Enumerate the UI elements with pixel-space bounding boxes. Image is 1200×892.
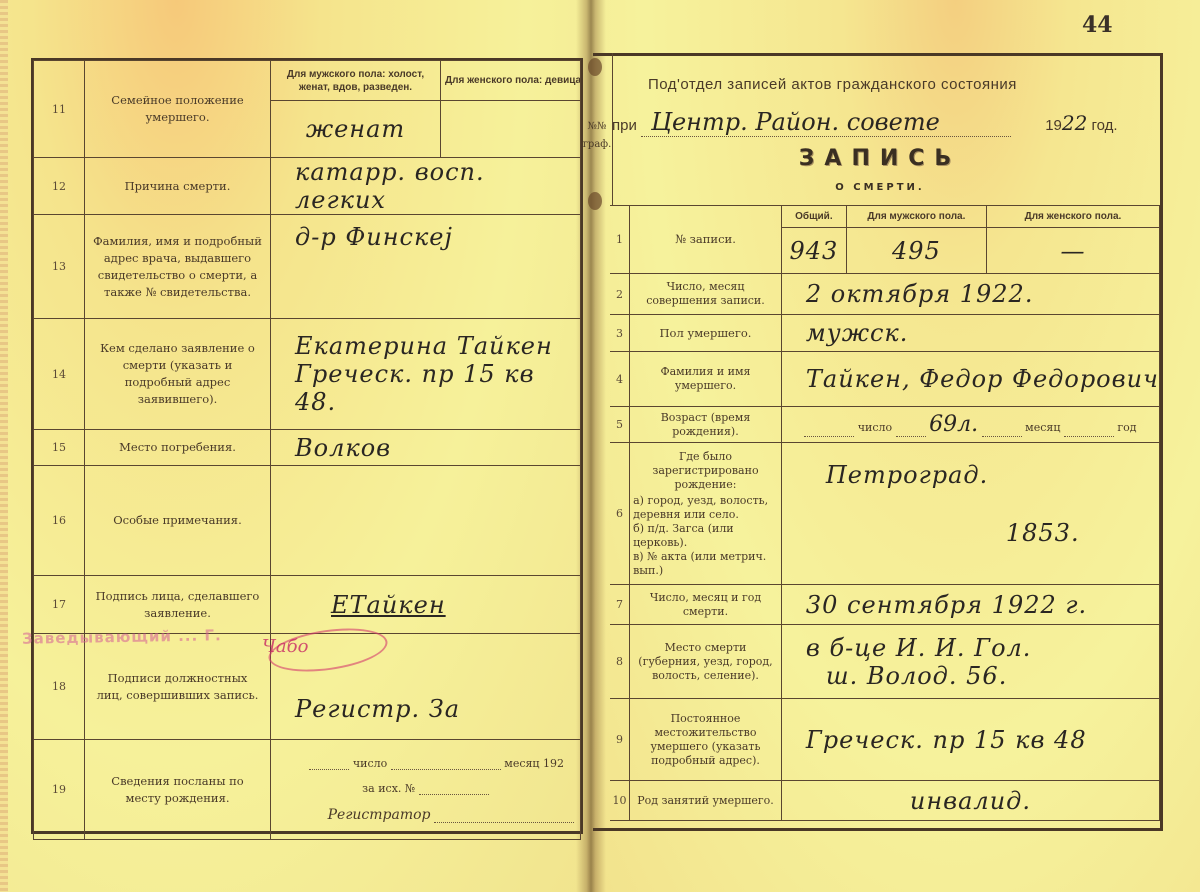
marital-status-female-value bbox=[441, 101, 581, 158]
field-label: № записи. bbox=[630, 206, 782, 274]
row-number: 1 bbox=[610, 206, 630, 274]
birth-year: 1853. bbox=[806, 519, 1159, 547]
row-number: 5 bbox=[610, 407, 630, 443]
field-label: Фамилия и имя умершего. bbox=[630, 352, 782, 407]
male-header: Для мужского пола. bbox=[846, 206, 986, 228]
age-month-label: месяц bbox=[1025, 421, 1060, 434]
field-label: Кем сделано заявление о смерти (указать … bbox=[85, 319, 271, 430]
field-label: Место погребения. bbox=[85, 430, 271, 466]
deceased-name-value: Тайкен, Федор Федорович bbox=[781, 352, 1159, 407]
record-date-value: 2 октября 1922. bbox=[781, 274, 1159, 315]
record-subtitle: О СМЕРТИ. bbox=[600, 182, 1160, 193]
at-label: при bbox=[612, 117, 637, 134]
row-number: 6 bbox=[610, 443, 630, 585]
sex-value: мужск. bbox=[781, 315, 1159, 352]
registrar-label: Регистратор bbox=[328, 807, 431, 823]
field-label: Особые примечания. bbox=[85, 466, 271, 576]
occupation-value: инвалид. bbox=[781, 781, 1159, 821]
year-suffix: год. bbox=[1092, 117, 1118, 134]
male-status-header: Для мужского пола: холост, женат, вдов, … bbox=[271, 61, 441, 101]
doctor-value: д-р Финскеj bbox=[271, 215, 581, 319]
row-number: 2 bbox=[610, 274, 630, 315]
female-status-header: Для женского пола: девица, замужем, вдов… bbox=[441, 61, 581, 101]
field-label: Пол умершего. bbox=[630, 315, 782, 352]
birth-city: Петроград. bbox=[806, 461, 1159, 489]
registry-office-value: Центр. Район. совете bbox=[641, 108, 1011, 137]
field-label: Семейное положение умершего. bbox=[85, 61, 271, 158]
row-number: 14 bbox=[34, 319, 85, 430]
row-number: 12 bbox=[34, 158, 85, 215]
row-number: 9 bbox=[610, 699, 630, 781]
age-year-label: год bbox=[1117, 421, 1136, 434]
row-number: 16 bbox=[34, 466, 85, 576]
year-value: 22 bbox=[1062, 111, 1087, 135]
total-header: Общий. bbox=[781, 206, 846, 228]
record-title: ЗАПИСЬ bbox=[600, 146, 1160, 171]
cause-of-death-value: катарр. восп. легких bbox=[271, 158, 581, 215]
field-label: Фамилия, имя и подробный адрес врача, вы… bbox=[85, 215, 271, 319]
record-number-total: 943 bbox=[781, 228, 846, 274]
row-number: 13 bbox=[34, 215, 85, 319]
label-line: Где было зарегистрировано рождение: bbox=[633, 450, 778, 492]
row-number: 11 bbox=[34, 61, 85, 158]
death-place-value: в б-це И. И. Гол. ш. Волод. 56. bbox=[781, 625, 1159, 699]
left-register-table: 11 Семейное положение умершего. Для мужс… bbox=[33, 60, 581, 840]
field-label: Число, месяц совершения записи. bbox=[630, 274, 782, 315]
row-number: 3 bbox=[610, 315, 630, 352]
field-label: Место смерти (губерния, уезд, город, вол… bbox=[630, 625, 782, 699]
declarant-address: Греческ. пр 15 кв 48. bbox=[295, 360, 580, 416]
row-number: 15 bbox=[34, 430, 85, 466]
year-prefix: 19 bbox=[1045, 117, 1062, 134]
row-number: 7 bbox=[610, 585, 630, 625]
record-number-female: — bbox=[986, 228, 1159, 274]
field-label: Подписи должностных лиц, совершивших зап… bbox=[85, 634, 271, 740]
female-header: Для женского пола. bbox=[986, 206, 1159, 228]
residence-value: Греческ. пр 15 кв 48 bbox=[781, 699, 1159, 781]
record-number-male: 495 bbox=[846, 228, 986, 274]
declarant-signature: ЕТайкен bbox=[271, 576, 581, 634]
death-date-value: 30 сентября 1922 г. bbox=[781, 585, 1159, 625]
age-value-block: число 69л. месяц год bbox=[781, 407, 1159, 443]
field-label: Род занятий умершего. bbox=[630, 781, 782, 821]
marital-status-male-value: женат bbox=[271, 101, 441, 158]
label-line: в) № акта (или метрич. вып.) bbox=[633, 550, 778, 578]
age-day-label: число bbox=[858, 421, 892, 434]
month-year-label: месяц 192 bbox=[504, 757, 564, 770]
registry-office-line: при Центр. Район. совете 1922 год. bbox=[612, 108, 1157, 137]
field-label: Возраст (время рождения). bbox=[630, 407, 782, 443]
declarant-value: Екатерина Тайкен Греческ. пр 15 кв 48. bbox=[271, 319, 581, 430]
label-line: а) город, уезд, волость, деревня или сел… bbox=[633, 494, 778, 522]
page-edge bbox=[0, 0, 8, 892]
field-label: Число, месяц и год смерти. bbox=[630, 585, 782, 625]
field-label-birth-registration: Где было зарегистрировано рождение: а) г… bbox=[630, 443, 782, 585]
label-line: б) п/д. Загса (или церковь). bbox=[633, 522, 778, 550]
official-stamp: Заведывающий ... Г. bbox=[22, 626, 222, 647]
right-register-table: 1 № записи. Общий. Для мужского пола. Дл… bbox=[610, 205, 1160, 821]
row-number: 18 bbox=[34, 634, 85, 740]
birthplace-notice-block: число месяц 192 за исх. № Регистратор bbox=[271, 740, 581, 840]
row-number: 19 bbox=[34, 740, 85, 840]
row-number: 17 bbox=[34, 576, 85, 634]
field-label: Сведения посланы по месту рождения. bbox=[85, 740, 271, 840]
field-label: Постоянное местожительство умершего (ука… bbox=[630, 699, 782, 781]
death-place-line2: ш. Волод. 56. bbox=[806, 662, 1159, 690]
row-number: 10 bbox=[610, 781, 630, 821]
page-number: 44 bbox=[1082, 12, 1113, 38]
day-label: число bbox=[353, 757, 387, 770]
burial-place-value: Волков bbox=[271, 430, 581, 466]
special-notes-value bbox=[271, 466, 581, 576]
row-number: 8 bbox=[610, 625, 630, 699]
field-label: Причина смерти. bbox=[85, 158, 271, 215]
death-place-line1: в б-це И. И. Гол. bbox=[806, 634, 1159, 662]
declarant-name: Екатерина Тайкен bbox=[295, 332, 580, 360]
stamp-signature: Чабо bbox=[262, 636, 308, 657]
dept-title: Под'отдел записей актов гражданского сос… bbox=[648, 76, 1017, 93]
age-value: 69л. bbox=[929, 412, 978, 437]
field-label: Подпись лица, сделавшего заявление. bbox=[85, 576, 271, 634]
outgoing-number-label: за исх. № bbox=[362, 782, 415, 795]
row-number: 4 bbox=[610, 352, 630, 407]
birthplace-value: Петроград. 1853. bbox=[781, 443, 1159, 585]
